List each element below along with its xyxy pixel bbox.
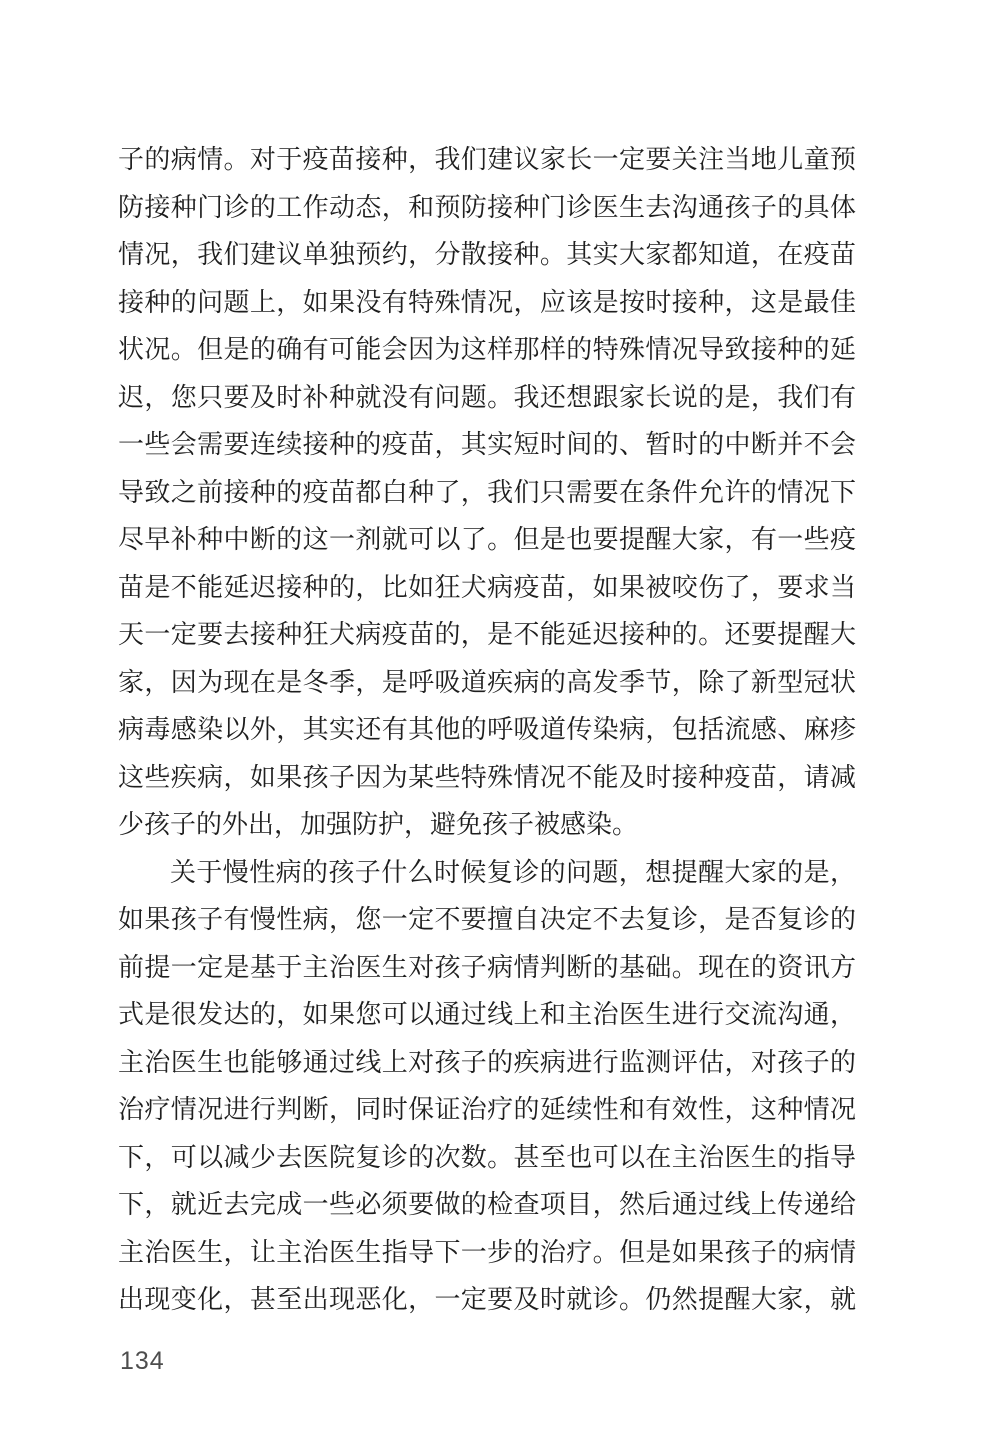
- text-line: 子的病情。对于疫苗接种，我们建议家长一定要关注当地儿童预: [118, 136, 856, 184]
- text-line: 关于慢性病的孩子什么时候复诊的问题，想提醒大家的是，: [118, 849, 856, 897]
- text-line: 少孩子的外出，加强防护，避免孩子被感染。: [118, 801, 856, 849]
- text-block: 子的病情。对于疫苗接种，我们建议家长一定要关注当地儿童预防接种门诊的工作动态，和…: [118, 136, 856, 1324]
- text-line: 治疗情况进行判断，同时保证治疗的延续性和有效性，这种情况: [118, 1086, 856, 1134]
- text-line: 家，因为现在是冬季，是呼吸道疾病的高发季节，除了新型冠状: [118, 659, 856, 707]
- text-line: 天一定要去接种狂犬病疫苗的，是不能延迟接种的。还要提醒大: [118, 611, 856, 659]
- text-line: 接种的问题上，如果没有特殊情况，应该是按时接种，这是最佳: [118, 279, 856, 327]
- text-line: 情况，我们建议单独预约，分散接种。其实大家都知道，在疫苗: [118, 231, 856, 279]
- text-line: 下，可以减少去医院复诊的次数。甚至也可以在主治医生的指导: [118, 1134, 856, 1182]
- text-line: 出现变化，甚至出现恶化，一定要及时就诊。仍然提醒大家，就: [118, 1276, 856, 1324]
- book-page: 子的病情。对于疫苗接种，我们建议家长一定要关注当地儿童预防接种门诊的工作动态，和…: [0, 0, 1000, 1450]
- text-line: 主治医生，让主治医生指导下一步的治疗。但是如果孩子的病情: [118, 1229, 856, 1277]
- text-line: 状况。但是的确有可能会因为这样那样的特殊情况导致接种的延: [118, 326, 856, 374]
- page-number: 134: [120, 1346, 165, 1376]
- text-line: 一些会需要连续接种的疫苗，其实短时间的、暂时的中断并不会: [118, 421, 856, 469]
- text-line: 如果孩子有慢性病，您一定不要擅自决定不去复诊，是否复诊的: [118, 896, 856, 944]
- text-line: 苗是不能延迟接种的，比如狂犬病疫苗，如果被咬伤了，要求当: [118, 564, 856, 612]
- text-line: 迟，您只要及时补种就没有问题。我还想跟家长说的是，我们有: [118, 374, 856, 422]
- text-line: 防接种门诊的工作动态，和预防接种门诊医生去沟通孩子的具体: [118, 184, 856, 232]
- text-line: 主治医生也能够通过线上对孩子的疾病进行监测评估，对孩子的: [118, 1039, 856, 1087]
- text-line: 前提一定是基于主治医生对孩子病情判断的基础。现在的资讯方: [118, 944, 856, 992]
- text-line: 病毒感染以外，其实还有其他的呼吸道传染病，包括流感、麻疹: [118, 706, 856, 754]
- text-line: 这些疾病，如果孩子因为某些特殊情况不能及时接种疫苗，请减: [118, 754, 856, 802]
- text-line: 式是很发达的，如果您可以通过线上和主治医生进行交流沟通，: [118, 991, 856, 1039]
- text-line: 下，就近去完成一些必须要做的检查项目，然后通过线上传递给: [118, 1181, 856, 1229]
- text-line: 导致之前接种的疫苗都白种了，我们只需要在条件允许的情况下: [118, 469, 856, 517]
- text-line: 尽早补种中断的这一剂就可以了。但是也要提醒大家，有一些疫: [118, 516, 856, 564]
